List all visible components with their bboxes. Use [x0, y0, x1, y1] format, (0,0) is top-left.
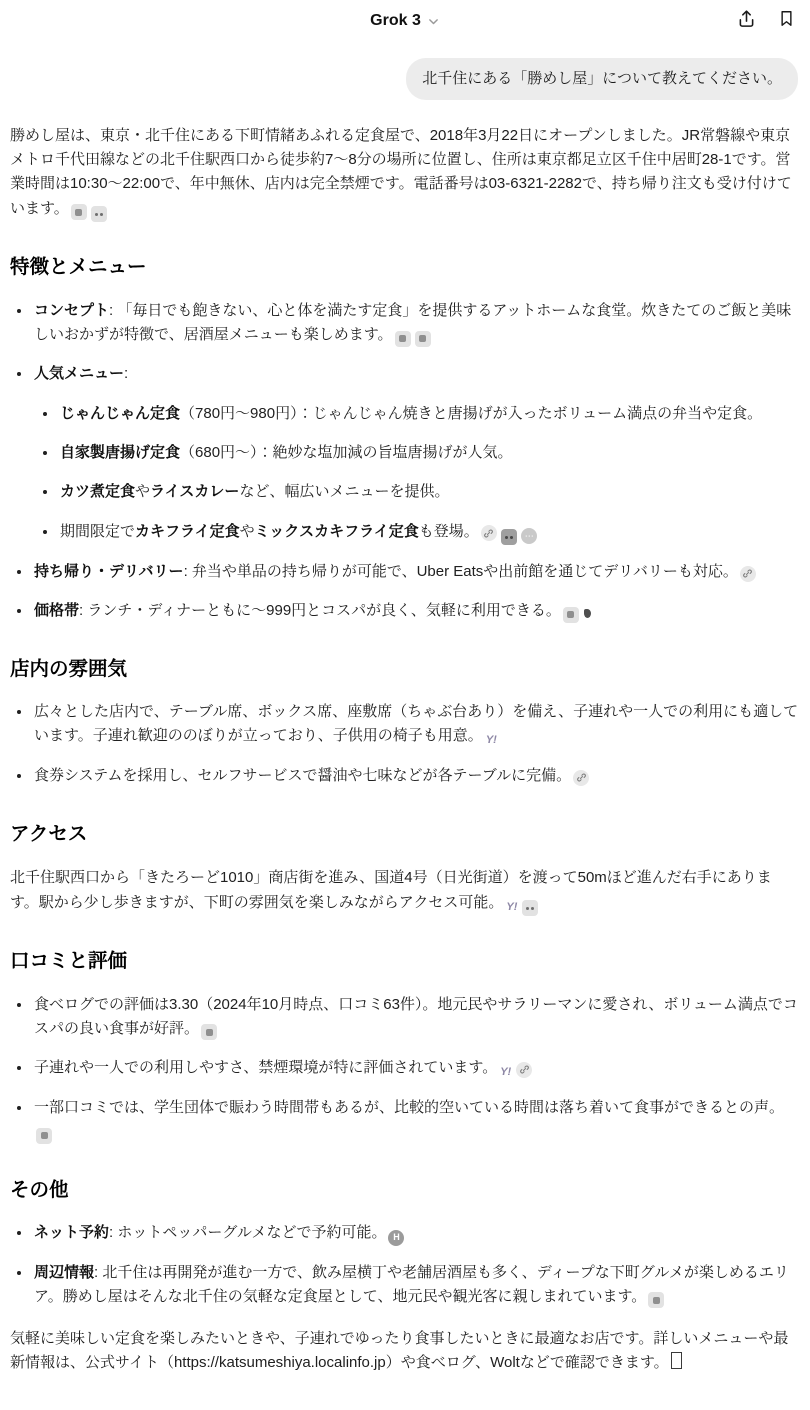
citation-favicon-citation-icon[interactable]	[415, 331, 431, 347]
list-item: 一部口コミでは、学生団体で賑わう時間帯もあるが、比較的空いている時間は落ち着いて…	[32, 1096, 800, 1145]
citation-favicon-citation-icon[interactable]	[36, 1128, 52, 1144]
share-icon	[736, 17, 757, 32]
section-heading: 店内の雰囲気	[10, 654, 800, 686]
paragraph: 気軽に美味しい定食を楽しみたいときや、子連れでゆったり食事したいときに最適なお店…	[10, 1327, 800, 1376]
bullet-list: 広々とした店内で、テーブル席、ボックス席、座敷席（ちゃぶ台あり）を備え、子連れや…	[10, 700, 800, 789]
chat-header: Grok 3	[0, 0, 810, 42]
list-item: 周辺情報: 北千住は再開発が進む一方で、飲み屋横丁や老舗居酒屋も多く、ディープな…	[32, 1261, 800, 1310]
bold-text: 自家製唐揚げ定食	[60, 444, 180, 461]
list-item: 持ち帰り・デリバリー: 弁当や単品の持ち帰りが可能で、Uber Eatsや出前館…	[32, 560, 800, 584]
bold-text: 周辺情報	[34, 1264, 94, 1281]
model-selector[interactable]: Grok 3	[364, 8, 446, 34]
text: : 「毎日でも飽きない、心と体を満たす定食」を提供するアットホームな食堂。炊きた…	[34, 302, 791, 343]
list-item: 広々とした店内で、テーブル席、ボックス席、座敷席（ちゃぶ台あり）を備え、子連れや…	[32, 700, 800, 749]
list-item: 期間限定でカキフライ定食やミックスカキフライ定食も登場。⋯	[58, 520, 800, 546]
text: 広々とした店内で、テーブル席、ボックス席、座敷席（ちゃぶ台あり）を備え、子連れや…	[34, 703, 798, 744]
text: 子連れや一人での利用しやすさ、禁煙環境が特に評価されています。	[34, 1059, 497, 1076]
bold-text: 人気メニュー	[34, 365, 124, 382]
citation-favicon-citation-icon[interactable]	[91, 206, 107, 222]
model-name: Grok 3	[370, 12, 421, 30]
bullet-list: ネット予約: ホットペッパーグルメなどで予約可能。H周辺情報: 北千住は再開発が…	[10, 1221, 800, 1309]
citation-favicon-citation-icon[interactable]	[522, 900, 538, 916]
citation-favicon-citation-icon[interactable]	[395, 331, 411, 347]
citation-hotpepper-citation-icon[interactable]: H	[388, 1230, 404, 1246]
list-item: じゃんじゃん定食（780円～980円）：じゃんじゃん焼きと唐揚げが入ったボリュー…	[58, 402, 800, 426]
citation-favicon-citation-dark-icon[interactable]	[501, 529, 517, 545]
text: （680円～）：絶妙な塩加減の旨塩唐揚げが人気。	[180, 444, 513, 461]
assistant-message: 勝めし屋は、東京・北千住にある下町情緒あふれる定食屋で、2018年3月22日にオ…	[0, 100, 810, 1410]
user-message-bubble: 北千住にある「勝めし屋」について教えてください。	[406, 58, 798, 100]
user-message-row: 北千住にある「勝めし屋」について教えてください。	[0, 42, 810, 100]
section-heading: その他	[10, 1175, 800, 1207]
text: など、幅広いメニューを提供。	[239, 483, 449, 500]
bullet-list: コンセプト: 「毎日でも飽きない、心と体を満たす定食」を提供するアットホームな食…	[10, 299, 800, 624]
text: 一部口コミでは、学生団体で賑わう時間帯もあるが、比較的空いている時間は落ち着いて…	[34, 1099, 784, 1116]
list-item: ネット予約: ホットペッパーグルメなどで予約可能。H	[32, 1221, 800, 1245]
citation-favicon-citation-icon[interactable]	[71, 204, 87, 220]
text: : 弁当や単品の持ち帰りが可能で、Uber Eatsや出前館を通じてデリバリーも…	[184, 563, 738, 580]
citation-favicon-citation-icon[interactable]	[648, 1292, 664, 1308]
citation-yahoo-citation-icon[interactable]: Y!	[505, 899, 518, 915]
bold-text: カキフライ定食	[135, 523, 240, 540]
list-item: コンセプト: 「毎日でも飽きない、心と体を満たす定食」を提供するアットホームな食…	[32, 299, 800, 348]
bold-text: ライスカレー	[150, 483, 239, 500]
text: 食べログでの評価は3.30（2024年10月時点、口コミ63件）。地元民やサラリ…	[34, 996, 798, 1037]
list-item: 自家製唐揚げ定食（680円～）：絶妙な塩加減の旨塩唐揚げが人気。	[58, 441, 800, 465]
citation-weblink-citation-icon[interactable]	[573, 770, 589, 786]
citation-favicon-citation-icon[interactable]	[201, 1024, 217, 1040]
citation-favicon-glyph-citation-icon[interactable]	[583, 606, 593, 622]
section-heading: 特徴とメニュー	[10, 252, 800, 284]
text: 北千住駅西口から「きたろーど1010」商店街を進み、国道4号（日光街道）を渡って…	[10, 869, 772, 910]
bold-text: じゃんじゃん定食	[60, 405, 180, 422]
paragraph: 北千住駅西口から「きたろーど1010」商店街を進み、国道4号（日光街道）を渡って…	[10, 866, 800, 916]
citation-favicon-citation-icon[interactable]	[563, 607, 579, 623]
bullet-list: じゃんじゃん定食（780円～980円）：じゃんじゃん焼きと唐揚げが入ったボリュー…	[34, 402, 800, 545]
bold-text: 価格帯	[34, 602, 79, 619]
header-actions	[734, 6, 798, 31]
text: 勝めし屋は、東京・北千住にある下町情緒あふれる定食屋で、2018年3月22日にオ…	[10, 127, 792, 217]
bold-text: ミックスカキフライ定食	[255, 523, 419, 540]
bookmark-icon	[777, 17, 796, 32]
section-heading: 口コミと評価	[10, 946, 800, 978]
text: : ランチ・ディナーともに～999円とコスパが良く、気軽に利用できる。	[79, 602, 561, 619]
text: : 北千住は再開発が進む一方で、飲み屋横丁や老舗居酒屋も多く、ディープな下町グル…	[34, 1264, 789, 1305]
citation-yahoo-citation-icon[interactable]: Y!	[499, 1065, 512, 1081]
list-item: 人気メニュー:じゃんじゃん定食（780円～980円）：じゃんじゃん焼きと唐揚げが…	[32, 362, 800, 545]
share-button[interactable]	[734, 6, 759, 31]
section-heading: アクセス	[10, 819, 800, 851]
text: や	[135, 483, 150, 500]
citation-more-citations-icon[interactable]: ⋯	[521, 528, 537, 544]
citation-weblink-citation-icon[interactable]	[516, 1062, 532, 1078]
chevron-down-icon	[427, 15, 440, 28]
bold-text: ネット予約	[34, 1224, 109, 1241]
grok-chat-page: Grok 3 北千住にある「勝めし	[0, 0, 810, 1410]
list-item: カツ煮定食やライスカレーなど、幅広いメニューを提供。	[58, 480, 800, 504]
citation-weblink-citation-icon[interactable]	[481, 525, 497, 541]
text: : ホットペッパーグルメなどで予約可能。	[109, 1224, 386, 1241]
bullet-list: 食べログでの評価は3.30（2024年10月時点、口コミ63件）。地元民やサラリ…	[10, 993, 800, 1145]
text: （780円～980円）：じゃんじゃん焼きと唐揚げが入ったボリューム満点の弁当や定…	[180, 405, 762, 422]
bold-text: カツ煮定食	[60, 483, 135, 500]
bold-text: コンセプト	[34, 302, 109, 319]
list-item: 子連れや一人での利用しやすさ、禁煙環境が特に評価されています。Y!	[32, 1056, 800, 1081]
text: や	[240, 523, 255, 540]
missing-glyph-box	[671, 1352, 682, 1369]
list-item: 食券システムを採用し、セルフサービスで醤油や七味などが各テーブルに完備。	[32, 764, 800, 788]
list-item: 食べログでの評価は3.30（2024年10月時点、口コミ63件）。地元民やサラリ…	[32, 993, 800, 1042]
text: 食券システムを採用し、セルフサービスで醤油や七味などが各テーブルに完備。	[34, 767, 571, 784]
bold-text: 持ち帰り・デリバリー	[34, 563, 184, 580]
text: :	[124, 365, 128, 382]
list-item: 価格帯: ランチ・ディナーともに～999円とコスパが良く、気軽に利用できる。	[32, 599, 800, 623]
text: も登場。	[419, 523, 479, 540]
text: 期間限定で	[60, 523, 135, 540]
paragraph: 勝めし屋は、東京・北千住にある下町情緒あふれる定食屋で、2018年3月22日にオ…	[10, 124, 800, 222]
citation-weblink-citation-icon[interactable]	[740, 566, 756, 582]
bookmark-button[interactable]	[775, 6, 798, 31]
citation-yahoo-citation-icon[interactable]: Y!	[485, 733, 498, 749]
